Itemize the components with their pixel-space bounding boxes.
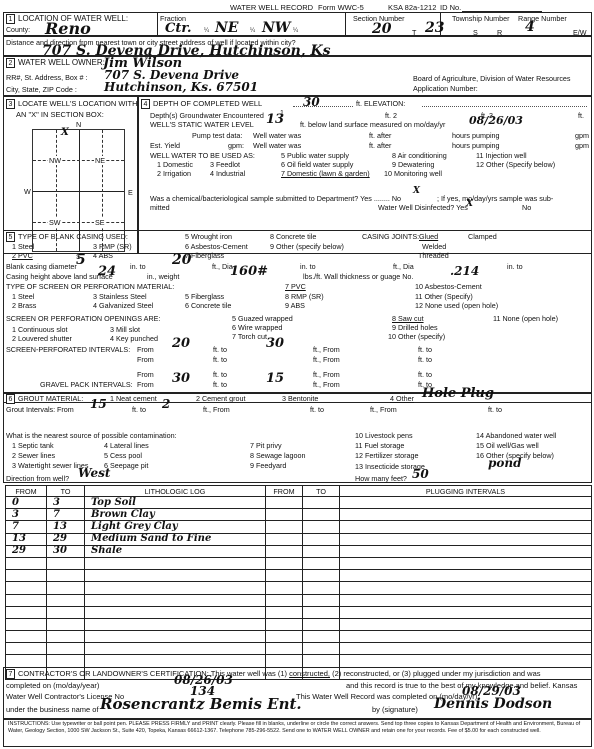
- grout-interval-to[interactable]: 2: [162, 397, 170, 411]
- screen-rmp[interactable]: 8 RMP (SR): [285, 292, 324, 301]
- casing-depth-to[interactable]: 20: [172, 252, 191, 268]
- contam-abandoned-well[interactable]: 14 Abandoned water well: [476, 431, 556, 440]
- screen-galvanized[interactable]: 4 Galvanized Steel: [93, 301, 153, 310]
- table-row: [6, 631, 592, 643]
- casing-asbestos[interactable]: 6 Asbestos-Cement: [185, 242, 248, 251]
- chem-sample-no-mark[interactable]: X: [413, 186, 420, 196]
- static-measure-date[interactable]: 08/26/03: [469, 114, 523, 127]
- use-dewatering[interactable]: 9 Dewatering: [392, 160, 434, 169]
- use-monitoring[interactable]: 10 Monitoring well: [384, 169, 442, 178]
- instructions-text: INSTRUCTIONS: Use typewriter or ball poi…: [8, 721, 588, 735]
- table-row: [6, 606, 592, 618]
- use-injection[interactable]: 11 Injection well: [476, 151, 527, 160]
- opening-continuous-slot[interactable]: 1 Continuous slot: [12, 325, 68, 334]
- opening-saw-cut-selected[interactable]: 8 Saw cut: [392, 314, 424, 323]
- contam-watertight-sewer[interactable]: 3 Watertight sewer lines: [12, 461, 88, 470]
- gravel-interval-from[interactable]: 30: [172, 371, 190, 386]
- disinfected-yes-mark[interactable]: X: [466, 199, 473, 209]
- col-plug-to: TO: [303, 486, 340, 497]
- table-row: [6, 570, 592, 582]
- table-row: 713Light Grey Clay: [6, 521, 592, 533]
- opening-louvered[interactable]: 2 Louvered shutter: [12, 334, 72, 343]
- casing-diameter[interactable]: 5: [76, 252, 86, 268]
- contam-sewer[interactable]: 2 Sewer lines: [12, 451, 55, 460]
- opening-key-punched[interactable]: 4 Key punched: [110, 334, 158, 343]
- use-domestic-lawn-selected[interactable]: 7 Domestic (lawn & garden): [281, 169, 370, 178]
- opening-guazed[interactable]: 5 Guazed wrapped: [232, 314, 293, 323]
- contam-sewage-lagoon[interactable]: 8 Sewage lagoon: [250, 451, 306, 460]
- contam-oil-gas-well[interactable]: 15 Oil well/Gas well: [476, 441, 539, 450]
- contam-feedyard[interactable]: 9 Feedyard: [250, 461, 286, 470]
- opening-none[interactable]: 11 None (open hole): [493, 314, 558, 323]
- contam-lateral[interactable]: 4 Lateral lines: [104, 441, 149, 450]
- contam-septic[interactable]: 1 Septic tank: [12, 441, 54, 450]
- grout-neat-cement[interactable]: 1 Neat cement: [110, 394, 157, 403]
- contam-cess-pool[interactable]: 5 Cess pool: [104, 451, 142, 460]
- opening-drilled[interactable]: 9 Drilled holes: [392, 323, 438, 332]
- use-feedlot[interactable]: 3 Feedlot: [210, 160, 240, 169]
- owner-city[interactable]: Hutchinson, Ks. 67501: [104, 80, 258, 94]
- contam-pit-privy[interactable]: 7 Pit privy: [250, 441, 282, 450]
- form-title: WATER WELL RECORD: [230, 3, 313, 12]
- casing-steel[interactable]: 1 Steel: [12, 242, 34, 251]
- contam-livestock[interactable]: 10 Livestock pens: [355, 431, 413, 440]
- table-row: [6, 655, 592, 667]
- opening-torch[interactable]: 7 Torch cut: [232, 332, 267, 341]
- contam-fertilizer[interactable]: 12 Fertilizer storage: [355, 451, 419, 460]
- constructed-selected[interactable]: constructed,: [289, 669, 330, 678]
- screen-interval-to[interactable]: 30: [266, 336, 284, 351]
- fraction-1[interactable]: Ctr.: [165, 21, 192, 36]
- table-row: [6, 594, 592, 606]
- screen-other[interactable]: 11 Other (Specify): [415, 292, 473, 301]
- col-to: TO: [47, 486, 85, 497]
- casing-rmp[interactable]: 3 RMP (SR): [93, 242, 132, 251]
- casing-abs[interactable]: 4 ABS: [93, 251, 113, 260]
- col-plugging-intervals: PLUGGING INTERVALS: [340, 486, 592, 497]
- screen-steel[interactable]: 1 Steel: [12, 292, 34, 301]
- section-number[interactable]: 20: [372, 21, 391, 37]
- screen-concrete[interactable]: 6 Concrete tile: [185, 301, 231, 310]
- casing-wrought-iron[interactable]: 5 Wrought iron: [185, 232, 232, 241]
- use-air-conditioning[interactable]: 8 Air conditioning: [392, 151, 447, 160]
- col-lithologic-log: LITHOLOGIC LOG: [85, 486, 266, 497]
- table-row: [6, 643, 592, 655]
- id-label: ID No.: [440, 3, 461, 12]
- screen-pvc-selected[interactable]: 7 PVC: [285, 282, 306, 291]
- fraction-2[interactable]: NE: [215, 20, 238, 36]
- table-row: 03Top Soil: [6, 497, 592, 509]
- col-plug-from: FROM: [266, 486, 303, 497]
- table-row: 37Brown Clay: [6, 509, 592, 521]
- well-depth[interactable]: 30: [303, 95, 320, 109]
- screen-fiberglass[interactable]: 5 Fiberglass: [185, 292, 224, 301]
- joint-glued-selected[interactable]: Glued: [419, 232, 438, 241]
- screen-stainless[interactable]: 3 Stainless Steel: [93, 292, 147, 301]
- col-from: FROM: [6, 486, 47, 497]
- township-number[interactable]: 23: [425, 20, 444, 36]
- grout-other-selected[interactable]: 4 Other: [390, 394, 414, 403]
- contam-distance-feet[interactable]: 50: [412, 467, 429, 481]
- contam-seepage[interactable]: 6 Seepage pit: [104, 461, 148, 470]
- screen-interval-from[interactable]: 20: [172, 336, 190, 351]
- grout-interval-from[interactable]: 15: [90, 397, 107, 411]
- table-row: 2930Shale: [6, 545, 592, 557]
- fraction-3[interactable]: NW: [262, 20, 291, 36]
- screen-brass[interactable]: 2 Brass: [12, 301, 36, 310]
- use-industrial[interactable]: 4 Industrial: [210, 169, 245, 178]
- casing-pvc-selected[interactable]: 2 PVC: [12, 251, 33, 260]
- use-oil-field[interactable]: 6 Oil field water supply: [281, 160, 353, 169]
- table-row: 1329Medium Sand to Fine: [6, 533, 592, 545]
- grout-cement[interactable]: 2 Cement grout: [196, 394, 246, 403]
- section-5-casing: [3, 230, 592, 393]
- grout-other-value[interactable]: Hole Plug: [422, 386, 494, 401]
- casing-other[interactable]: 9 Other (specify below): [270, 242, 344, 251]
- use-domestic[interactable]: 1 Domestic: [157, 160, 193, 169]
- business-name[interactable]: Rosencrantz Bemis Ent.: [100, 695, 302, 713]
- screen-none[interactable]: 12 None used (open hole): [415, 301, 498, 310]
- opening-mill-slot[interactable]: 3 Mill slot: [110, 325, 140, 334]
- ksa-ref: KSA 82a-1212: [388, 3, 436, 12]
- lithologic-log-table: FROM TO LITHOLOGIC LOG FROM TO PLUGGING …: [5, 485, 592, 680]
- signature[interactable]: Dennis Dodson: [434, 696, 552, 712]
- casing-weight[interactable]: 160#: [230, 264, 268, 279]
- table-row: [6, 618, 592, 630]
- contam-fuel[interactable]: 11 Fuel storage: [355, 441, 404, 450]
- contam-other-value[interactable]: pond: [488, 456, 522, 470]
- range-number[interactable]: 4: [525, 19, 535, 35]
- screen-asbestos[interactable]: 10 Asbestos-Cement: [415, 282, 482, 291]
- gravel-interval-to[interactable]: 15: [266, 371, 284, 386]
- static-water-level[interactable]: 13: [266, 112, 284, 127]
- opening-wire[interactable]: 6 Wire wrapped: [232, 323, 282, 332]
- use-irrigation[interactable]: 2 Irrigation: [157, 169, 191, 178]
- joint-threaded[interactable]: Threaded: [418, 251, 449, 260]
- contam-direction[interactable]: West: [78, 466, 110, 480]
- form-number: Form WWC-5: [318, 3, 364, 12]
- use-other[interactable]: 12 Other (Specify below): [476, 160, 555, 169]
- table-row: [6, 582, 592, 594]
- screen-abs[interactable]: 9 ABS: [285, 301, 305, 310]
- grout-bentonite[interactable]: 3 Bentonite: [282, 394, 318, 403]
- table-row: [6, 557, 592, 569]
- joint-welded[interactable]: Welded: [422, 242, 446, 251]
- casing-height[interactable]: 24: [98, 264, 116, 279]
- use-public-supply[interactable]: 5 Public water supply: [281, 151, 349, 160]
- wall-gauge[interactable]: .214: [450, 264, 479, 278]
- well-location-mark: X: [61, 127, 69, 138]
- joint-clamped[interactable]: Clamped: [468, 232, 497, 241]
- opening-other[interactable]: 10 Other (specify): [388, 332, 445, 341]
- casing-concrete[interactable]: 8 Concrete tile: [270, 232, 316, 241]
